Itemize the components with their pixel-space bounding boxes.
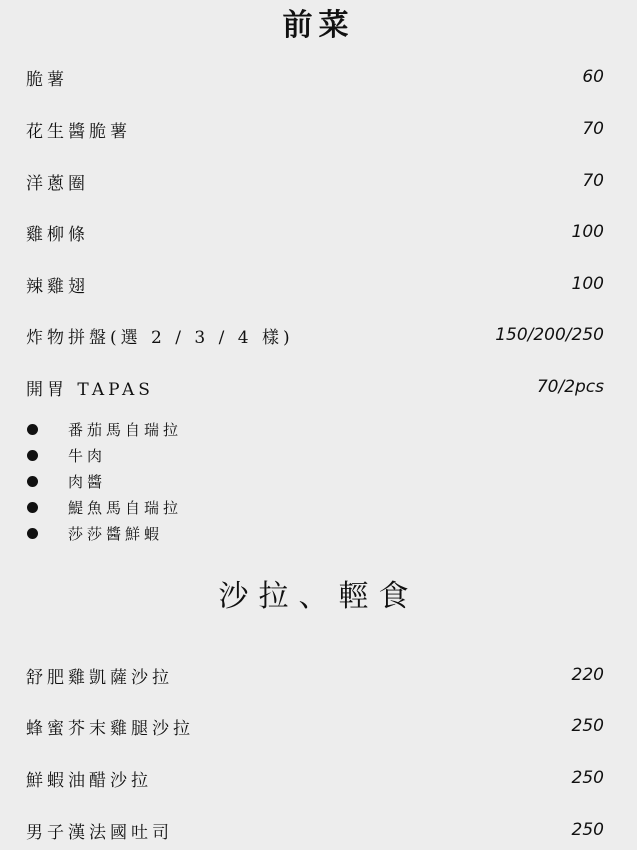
item-price: 250	[572, 768, 604, 788]
item-name: 雞柳條	[26, 220, 89, 245]
menu-item: 男子漢法國吐司 250	[26, 817, 604, 843]
menu-item: 花生醬脆薯 70	[26, 116, 604, 142]
list-item: 肉醬	[26, 468, 182, 494]
item-name: 花生醬脆薯	[26, 117, 131, 142]
item-price: 100	[572, 274, 604, 294]
bullet-icon	[27, 476, 38, 487]
bullet-icon	[27, 502, 38, 513]
item-name: 洋蔥圈	[26, 169, 89, 194]
list-item: 牛肉	[26, 442, 182, 468]
tapas-option: 牛肉	[68, 445, 106, 466]
item-price: 100	[572, 222, 604, 242]
item-price: 220	[572, 665, 604, 685]
bullet-icon	[27, 450, 38, 461]
menu-item: 舒肥雞凱薩沙拉 220	[26, 662, 604, 688]
item-name: 辣雞翅	[26, 272, 89, 297]
item-price: 150/200/250	[495, 325, 604, 345]
menu-item: 脆薯 60	[26, 64, 604, 90]
list-item: 番茄馬自瑞拉	[26, 416, 182, 442]
tapas-option: 鯷魚馬自瑞拉	[68, 497, 182, 518]
bullet-icon	[27, 528, 38, 539]
item-price: 250	[572, 820, 604, 840]
item-name: 蜂蜜芥末雞腿沙拉	[26, 714, 194, 739]
item-price: 70	[582, 171, 604, 191]
item-price: 70	[582, 119, 604, 139]
tapas-options-list: 番茄馬自瑞拉 牛肉 肉醬 鯷魚馬自瑞拉 莎莎醬鮮蝦	[26, 416, 182, 546]
item-name: 男子漢法國吐司	[26, 818, 173, 843]
menu-item: 雞柳條 100	[26, 219, 604, 245]
menu-item: 炸物拼盤(選 2 / 3 / 4 樣) 150/200/250	[26, 322, 604, 348]
tapas-option: 莎莎醬鮮蝦	[68, 523, 163, 544]
tapas-option: 番茄馬自瑞拉	[68, 419, 182, 440]
menu-item: 辣雞翅 100	[26, 271, 604, 297]
menu-item: 洋蔥圈 70	[26, 168, 604, 194]
list-item: 鯷魚馬自瑞拉	[26, 494, 182, 520]
bullet-icon	[27, 424, 38, 435]
list-item: 莎莎醬鮮蝦	[26, 520, 182, 546]
item-price: 60	[582, 67, 604, 87]
item-price: 70/2pcs	[537, 377, 604, 397]
menu-item: 鮮蝦油醋沙拉 250	[26, 765, 604, 791]
item-name: 開胃 TAPAS	[26, 375, 154, 400]
section-title-salads-light-meals: 沙拉、輕食	[0, 577, 637, 617]
item-name: 炸物拼盤(選 2 / 3 / 4 樣)	[26, 323, 294, 348]
item-name: 舒肥雞凱薩沙拉	[26, 663, 173, 688]
item-name: 脆薯	[26, 65, 68, 90]
menu-item: 開胃 TAPAS 70/2pcs	[26, 374, 604, 400]
item-price: 250	[572, 716, 604, 736]
section-title-appetizers: 前菜	[0, 6, 637, 46]
tapas-option: 肉醬	[68, 471, 106, 492]
menu-item: 蜂蜜芥末雞腿沙拉 250	[26, 713, 604, 739]
item-name: 鮮蝦油醋沙拉	[26, 766, 152, 791]
